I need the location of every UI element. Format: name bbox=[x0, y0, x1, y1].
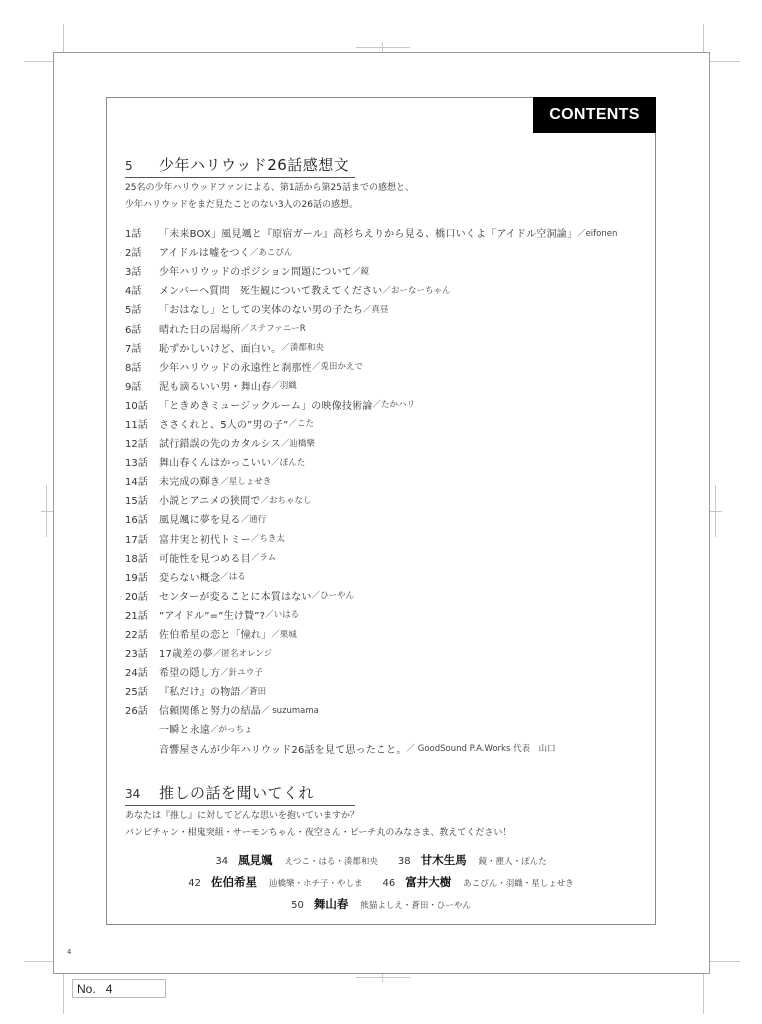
oshi-entry: 34風見颯えつこ・はる・湊都和央 bbox=[215, 852, 378, 868]
entry-author: ／鏡 bbox=[352, 265, 369, 277]
oshi-character-name: 舞山春 bbox=[314, 896, 349, 912]
entry-author: ／はる bbox=[220, 570, 246, 582]
toc-entry: 24話希望の隠し方／針ユウ子 bbox=[125, 662, 617, 681]
episode-number: 3話 bbox=[125, 263, 159, 278]
section-title: 少年ハリウッド26話感想文 bbox=[159, 154, 349, 175]
description-line: バンビチャン・柑鬼突組・サーモンちゃん・夜空さん・ピーチ丸のみなさま、教えてくだ… bbox=[125, 825, 511, 842]
episode-number: 8話 bbox=[125, 359, 159, 374]
oshi-entry: 46富井大樹あこぴん・羽織・星しょせき bbox=[383, 874, 574, 890]
toc-entry: 12話試行錯誤の先のカタルシス／辿橋樂 bbox=[125, 433, 617, 452]
crop-mark bbox=[24, 61, 54, 62]
toc-entry: 8話少年ハリウッドの永遠性と刹那性／兎田かえで bbox=[125, 357, 617, 376]
entry-title: 小説とアニメの狭間で bbox=[159, 492, 261, 507]
episode-list: 1話「未来BOX」風見颯と『原宿ガール』高杉ちえりから見る、橋口いくよ「アイドル… bbox=[125, 223, 617, 758]
contents-frame: CONTENTS 5 少年ハリウッド26話感想文 25名の少年ハリウッドファンに… bbox=[106, 97, 656, 925]
oshi-writers: えつこ・はる・湊都和央 bbox=[285, 855, 378, 867]
entry-author: ／おちゃなし bbox=[261, 494, 312, 506]
entry-title: ”アイドル”=”生け贄”? bbox=[159, 607, 265, 622]
entry-title: 音響屋さんが少年ハリウッド26話を見て思ったこと。 bbox=[159, 741, 407, 756]
crop-mark bbox=[356, 977, 410, 978]
entry-title: 「未来BOX」風見颯と『原宿ガール』高杉ちえりから見る、橋口いくよ「アイドル空洞… bbox=[159, 225, 577, 240]
entry-title: メンバーへ質問 死生観について教えてください bbox=[159, 282, 383, 297]
episode-number: 25話 bbox=[125, 683, 159, 698]
episode-number: 5話 bbox=[125, 301, 159, 316]
entry-author: ／ひーやん bbox=[312, 589, 355, 601]
description-line: あなたは『推し』に対してどんな思いを抱いていますか？ bbox=[125, 808, 511, 825]
toc-entry: 20話センターが変ることに本質はない／ひーやん bbox=[125, 586, 617, 605]
toc-entry: 9話泥も滴るいい男・舞山春／羽織 bbox=[125, 376, 617, 395]
oshi-page-number: 42 bbox=[188, 878, 201, 889]
oshi-character-name: 佐伯希星 bbox=[211, 874, 257, 890]
section-title: 推しの話を聞いてくれ bbox=[159, 782, 314, 803]
entry-author: ／湊都和央 bbox=[281, 341, 324, 353]
episode-number: 10話 bbox=[125, 397, 159, 412]
crop-mark bbox=[356, 47, 410, 48]
episode-number: 14話 bbox=[125, 473, 159, 488]
oshi-character-name: 風見颯 bbox=[238, 852, 273, 868]
entry-title: アイドルは嘘をつく bbox=[159, 244, 250, 259]
entry-title: 少年ハリウッドのポジション問題について bbox=[159, 263, 352, 278]
crop-mark bbox=[710, 61, 740, 62]
page-number-box: No. 4 bbox=[72, 979, 166, 998]
crop-mark bbox=[710, 961, 740, 962]
entry-title: 未完成の輝き bbox=[159, 473, 220, 488]
crop-mark bbox=[41, 511, 53, 512]
toc-entry: 25話『私だけ』の物語／蒼田 bbox=[125, 681, 617, 700]
oshi-writers: 鏡・塵人・ぽんた bbox=[479, 855, 547, 867]
toc-entry: 16話風見颯に夢を見る／通行 bbox=[125, 509, 617, 528]
episode-number: 15話 bbox=[125, 492, 159, 507]
entry-author: ／ GoodSound P.A.Works 代表 山口 bbox=[407, 742, 556, 754]
entry-title: ささくれと、5人の”男の子” bbox=[159, 416, 289, 431]
entry-title: 可能性を見つめる目 bbox=[159, 550, 251, 565]
toc-entry: 6話晴れた日の居場所／ステファニーR bbox=[125, 318, 617, 337]
entry-author: ／あこぴん bbox=[250, 246, 293, 258]
toc-entry: 一瞬と永遠／がっちょ bbox=[125, 719, 617, 738]
oshi-writers: あこぴん・羽織・星しょせき bbox=[463, 877, 574, 889]
page-folio: 4 bbox=[67, 948, 71, 956]
oshi-entry: 50舞山春熊猫よしえ・蒼田・ひーやん bbox=[291, 896, 471, 912]
entry-author: ／いはる bbox=[265, 608, 299, 620]
episode-number: 4話 bbox=[125, 282, 159, 297]
description-line: 25名の少年ハリウッドファンによる、第1話から第25話までの感想と、 bbox=[125, 180, 414, 197]
episode-number: 21話 bbox=[125, 607, 159, 622]
section-heading: 34 推しの話を聞いてくれ bbox=[125, 782, 355, 806]
entry-title: 試行錯誤の先のカタルシス bbox=[159, 435, 281, 450]
entry-author: ／栗城 bbox=[271, 628, 297, 640]
episode-number: 7話 bbox=[125, 340, 159, 355]
crop-mark bbox=[710, 511, 722, 512]
episode-number: 17話 bbox=[125, 531, 159, 546]
entry-author: ／蒼田 bbox=[241, 685, 267, 697]
section-page-number: 34 bbox=[125, 787, 159, 801]
entry-title: 「ときめきミュージックルーム」の映像技術論 bbox=[159, 397, 373, 412]
contents-badge: CONTENTS bbox=[533, 97, 656, 133]
crop-mark bbox=[382, 42, 383, 52]
entry-title: 信頼関係と努力の結晶 bbox=[159, 702, 261, 717]
oshi-page-number: 50 bbox=[291, 900, 304, 911]
toc-entry: 18話可能性を見つめる目／ラム bbox=[125, 548, 617, 567]
entry-author: ／ suzumama bbox=[261, 704, 319, 716]
episode-number: 16話 bbox=[125, 511, 159, 526]
page-number-label: No. bbox=[77, 982, 96, 996]
entry-author: ／星しょせき bbox=[220, 475, 271, 487]
toc-entry: 2話アイドルは嘘をつく／あこぴん bbox=[125, 242, 617, 261]
toc-entry: 4話メンバーへ質問 死生観について教えてください／おーなーちゃん bbox=[125, 280, 617, 299]
toc-entry: 23話17歳差の夢／匿名オレンジ bbox=[125, 643, 617, 662]
entry-title: 舞山春くんはかっこいい bbox=[159, 454, 271, 469]
oshi-character-name: 甘木生馬 bbox=[421, 852, 467, 868]
episode-number: 18話 bbox=[125, 550, 159, 565]
entry-title: 佐伯希星の恋と「憧れ」 bbox=[159, 626, 271, 641]
toc-entry: 26話信頼関係と努力の結晶／ suzumama bbox=[125, 700, 617, 719]
entry-author: ／真昼 bbox=[363, 303, 389, 315]
oshi-character-name: 富井大樹 bbox=[405, 874, 451, 890]
oshi-entry: 42佐伯希星辿橋樂・ホチ子・やしま bbox=[188, 874, 362, 890]
episode-number: 19話 bbox=[125, 569, 159, 584]
episode-number: 9話 bbox=[125, 378, 159, 393]
entry-title: 恥ずかしいけど、面白い。 bbox=[159, 340, 281, 355]
episode-number: 13話 bbox=[125, 454, 159, 469]
section-description: あなたは『推し』に対してどんな思いを抱いていますか？ バンビチャン・柑鬼突組・サ… bbox=[125, 808, 511, 842]
entry-author: ／針ユウ子 bbox=[220, 666, 263, 678]
toc-entry: 19話変らない概念／はる bbox=[125, 567, 617, 586]
toc-entry: 7話恥ずかしいけど、面白い。／湊都和央 bbox=[125, 338, 617, 357]
entry-title: 希望の隠し方 bbox=[159, 664, 220, 679]
toc-entry: 21話”アイドル”=”生け贄”?／いはる bbox=[125, 605, 617, 624]
entry-author: ／通行 bbox=[241, 513, 267, 525]
oshi-entry: 38甘木生馬鏡・塵人・ぽんた bbox=[398, 852, 547, 868]
toc-entry: 11話ささくれと、5人の”男の子”／こた bbox=[125, 414, 617, 433]
toc-entry: 22話佐伯希星の恋と「憧れ」／栗城 bbox=[125, 624, 617, 643]
oshi-row: 42佐伯希星辿橋樂・ホチ子・やしま46富井大樹あこぴん・羽織・星しょせき bbox=[107, 874, 655, 890]
oshi-writers: 熊猫よしえ・蒼田・ひーやん bbox=[360, 899, 471, 911]
entry-author: ／羽織 bbox=[271, 379, 297, 391]
section-heading: 5 少年ハリウッド26話感想文 bbox=[125, 154, 355, 178]
episode-number: 22話 bbox=[125, 626, 159, 641]
crop-mark bbox=[63, 974, 64, 1014]
entry-title: センターが変ることに本質はない bbox=[159, 588, 312, 603]
entry-author: ／eifonen bbox=[577, 227, 617, 239]
entry-author: ／ラム bbox=[251, 551, 276, 563]
entry-title: 泥も滴るいい男・舞山春 bbox=[159, 378, 271, 393]
oshi-writers: 辿橋樂・ホチ子・やしま bbox=[269, 877, 363, 889]
entry-author: ／辿橋樂 bbox=[281, 437, 315, 449]
entry-title: 一瞬と永遠 bbox=[159, 721, 210, 736]
toc-entry: 15話小説とアニメの狭間で／おちゃなし bbox=[125, 490, 617, 509]
page-number-value: 4 bbox=[106, 982, 113, 996]
entry-author: ／がっちょ bbox=[210, 723, 253, 735]
toc-entry: 14話未完成の輝き／星しょせき bbox=[125, 471, 617, 490]
entry-author: ／おーなーちゃん bbox=[383, 284, 451, 296]
toc-entry: 10話「ときめきミュージックルーム」の映像技術論／たかハリ bbox=[125, 395, 617, 414]
entry-author: ／こた bbox=[289, 417, 315, 429]
entry-title: 「おはなし」としての実体のない男の子たち bbox=[159, 301, 363, 316]
entry-title: 変らない概念 bbox=[159, 569, 220, 584]
toc-entry: 17話富井実と初代トミー／ちき太 bbox=[125, 529, 617, 548]
episode-number: 23話 bbox=[125, 645, 159, 660]
crop-mark bbox=[24, 961, 54, 962]
entry-author: ／兎田かえで bbox=[312, 360, 363, 372]
toc-entry: 3話少年ハリウッドのポジション問題について／鏡 bbox=[125, 261, 617, 280]
entry-author: ／ちき太 bbox=[251, 532, 285, 544]
episode-number: 20話 bbox=[125, 588, 159, 603]
toc-entry: 1話「未来BOX」風見颯と『原宿ガール』高杉ちえりから見る、橋口いくよ「アイドル… bbox=[125, 223, 617, 242]
episode-number: 26話 bbox=[125, 702, 159, 717]
entry-title: 富井実と初代トミー bbox=[159, 531, 251, 546]
entry-title: 17歳差の夢 bbox=[159, 645, 213, 660]
entry-author: ／ステファニーR bbox=[241, 322, 306, 334]
section-page-number: 5 bbox=[125, 159, 159, 173]
episode-number: 12話 bbox=[125, 435, 159, 450]
entry-title: 少年ハリウッドの永遠性と刹那性 bbox=[159, 359, 312, 374]
oshi-row: 34風見颯えつこ・はる・湊都和央38甘木生馬鏡・塵人・ぽんた bbox=[107, 852, 655, 868]
episode-number: 1話 bbox=[125, 225, 159, 240]
crop-mark bbox=[703, 974, 704, 1014]
episode-number: 2話 bbox=[125, 244, 159, 259]
oshi-row: 50舞山春熊猫よしえ・蒼田・ひーやん bbox=[107, 896, 655, 912]
entry-title: 『私だけ』の物語 bbox=[159, 683, 241, 698]
description-line: 少年ハリウッドをまだ見たことのない3人の26話の感想。 bbox=[125, 197, 414, 214]
oshi-page-number: 46 bbox=[383, 878, 396, 889]
episode-number: 11話 bbox=[125, 416, 159, 431]
entry-title: 風見颯に夢を見る bbox=[159, 511, 241, 526]
episode-number: 6話 bbox=[125, 321, 159, 336]
episode-number: 24話 bbox=[125, 664, 159, 679]
toc-entry: 5話「おはなし」としての実体のない男の子たち／真昼 bbox=[125, 299, 617, 318]
entry-author: ／匿名オレンジ bbox=[213, 647, 272, 659]
oshi-page-number: 38 bbox=[398, 856, 411, 867]
oshi-page-number: 34 bbox=[215, 856, 228, 867]
toc-entry: 13話舞山春くんはかっこいい／ぽんた bbox=[125, 452, 617, 471]
toc-entry: 音響屋さんが少年ハリウッド26話を見て思ったこと。／ GoodSound P.A… bbox=[125, 739, 617, 758]
entry-author: ／たかハリ bbox=[373, 398, 416, 410]
entry-author: ／ぽんた bbox=[271, 456, 305, 468]
section-description: 25名の少年ハリウッドファンによる、第1話から第25話までの感想と、 少年ハリウ… bbox=[125, 180, 414, 214]
entry-title: 晴れた日の居場所 bbox=[159, 321, 241, 336]
